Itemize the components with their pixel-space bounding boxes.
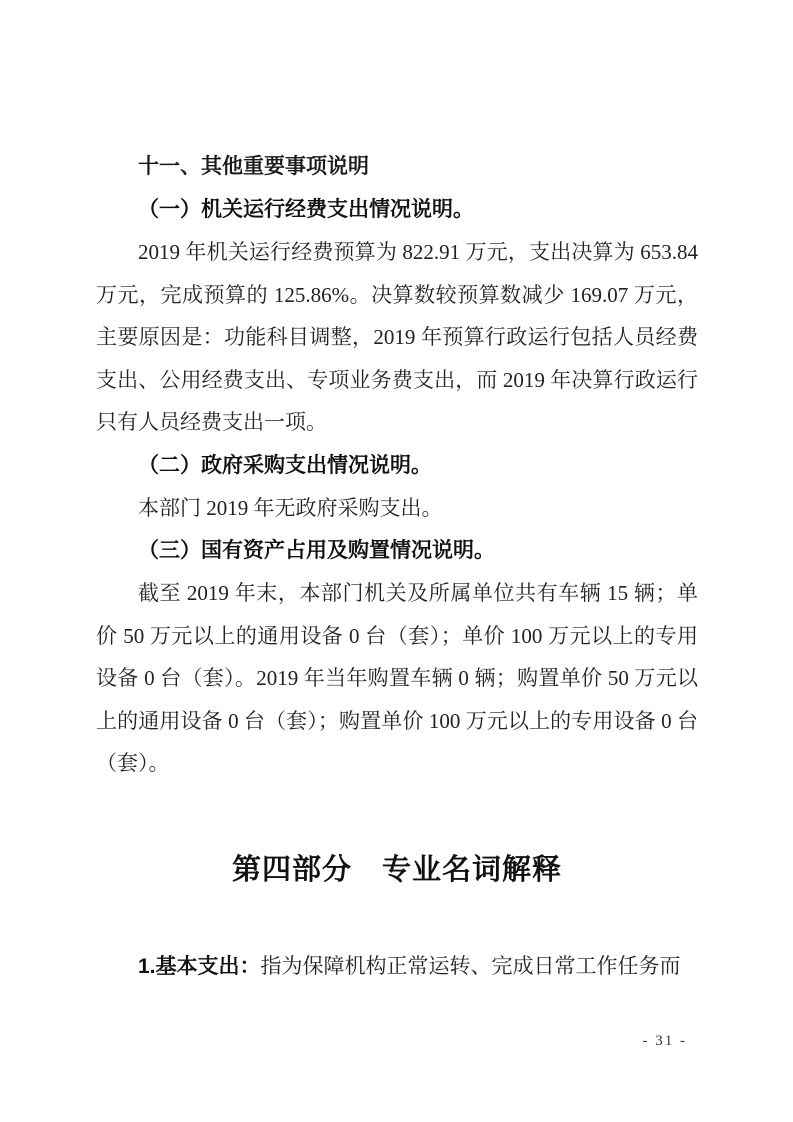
document-content: 十一、其他重要事项说明 （一）机关运行经费支出情况说明。 2019 年机关运行经… <box>96 146 698 988</box>
term-basic-expenditure-text: 指为保障机构正常运转、完成日常工作任务而 <box>261 954 681 978</box>
paragraph-state-assets: 截至 2019 年末，本部门机关及所属单位共有车辆 15 辆；单价 50 万元以… <box>96 572 698 785</box>
subsection-title-government-procurement: （二）政府采购支出情况说明。 <box>96 444 698 487</box>
document-page: 十一、其他重要事项说明 （一）机关运行经费支出情况说明。 2019 年机关运行经… <box>0 0 793 1122</box>
subsection-title-operating-expenses: （一）机关运行经费支出情况说明。 <box>96 188 698 231</box>
page-number: - 31 - <box>643 1033 688 1050</box>
part4-title-terminology: 第四部分 专业名词解释 <box>96 847 698 893</box>
paragraph-government-procurement: 本部门 2019 年无政府采购支出。 <box>96 487 698 530</box>
paragraph-term-basic-expenditure: 1.基本支出：指为保障机构正常运转、完成日常工作任务而 <box>96 945 698 989</box>
term-basic-expenditure-label: 1.基本支出： <box>138 955 261 978</box>
section-heading-other-important-matters: 十一、其他重要事项说明 <box>96 146 698 188</box>
paragraph-operating-expenses: 2019 年机关运行经费预算为 822.91 万元，支出决算为 653.84 万… <box>96 231 698 444</box>
subsection-title-state-assets: （三）国有资产占用及购置情况说明。 <box>96 529 698 572</box>
